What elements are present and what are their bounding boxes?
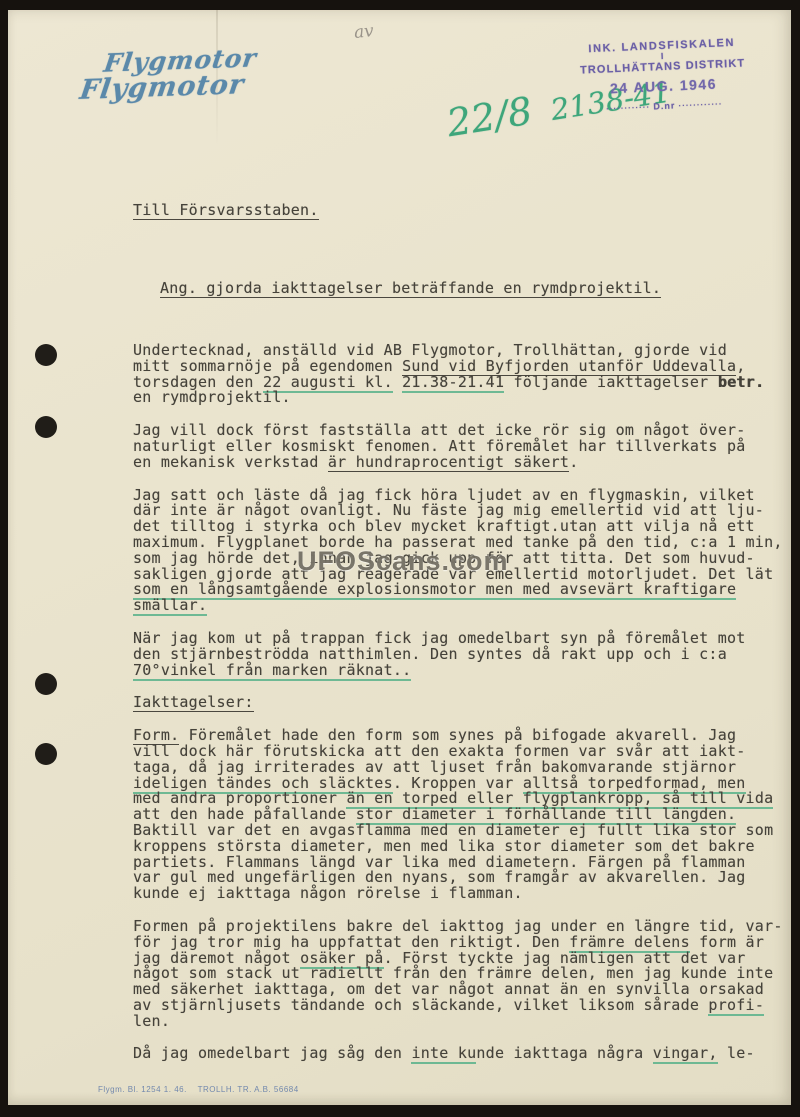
paragraph: Undertecknad, anställd vid AB Flygmotor,… (133, 343, 793, 406)
text-segment: inte ku (411, 1044, 476, 1064)
text-segment: le- (718, 1044, 755, 1062)
hole-punch (35, 743, 57, 765)
text-line: en rymdprojektil. (133, 390, 793, 406)
paragraph: När jag kom ut på trappan fick jag omede… (133, 631, 793, 678)
stamp-dnr-dots-left: ············ (606, 103, 650, 114)
text-segment: följande iakttagelser (504, 373, 717, 391)
flygmotor-logo-line2: Flygmotor (78, 69, 247, 106)
stamp-date: 24 AUG. 1946 (563, 74, 764, 99)
subject-heading: Ang. gjorda iakttagelser beträffande en … (160, 281, 661, 297)
text-segment (393, 373, 402, 391)
stamp-dnr-dots-right: ············ (678, 99, 722, 110)
text-segment: Då jag omedelbart jag såg den (133, 1044, 411, 1062)
text-line: en mekanisk verkstad är hundraprocentigt… (133, 455, 793, 471)
print-reference-footer: Flygm. Bl. 1254 1. 46. TROLLH. TR. A.B. … (98, 1085, 299, 1094)
paragraph: Form. Föremålet hade den form som synes … (133, 728, 793, 902)
paragraph: Formen på projektilens bakre del iakttog… (133, 919, 793, 1030)
text-segment: som en långsamtgående explosionsmotor me… (133, 580, 736, 600)
hole-punch (35, 416, 57, 438)
text-line: len. (133, 1014, 793, 1030)
scanned-document-page: Flygmotor Flygmotor av 22/8 2138-41 INK.… (0, 0, 800, 1117)
text-line: av stjärnljusets tändande och släckande,… (133, 998, 793, 1014)
text-segment: . (569, 453, 578, 471)
text-segment: är hundraprocentigt säkert (328, 453, 569, 472)
text-line: Då jag omedelbart jag såg den inte kunde… (133, 1046, 793, 1062)
text-segment: Iakttagelser: (133, 693, 254, 712)
text-segment: len. (133, 1012, 170, 1030)
text-line: Iakttagelser: (133, 695, 793, 711)
text-segment: profi- (708, 996, 764, 1016)
section-heading: Iakttagelser: (133, 695, 793, 711)
stamp-dnr-label: D.nr (653, 100, 675, 111)
text-line: kunde ej iakttaga någon rörelse i flamma… (133, 886, 793, 902)
hole-punch (35, 673, 57, 695)
hole-punch (35, 344, 57, 366)
text-segment: av stjärnljusets tändande och släckande,… (133, 996, 708, 1014)
text-segment: kunde ej iakttaga någon rörelse i flamma… (133, 884, 523, 902)
text-segment: en rymdprojektil. (133, 388, 291, 406)
text-segment: betr. (718, 373, 764, 391)
text-segment: nde iakttaga några (476, 1044, 652, 1062)
text-line: smällar. (133, 598, 793, 614)
text-line: 70°vinkel från marken räknat.. (133, 663, 793, 679)
pencil-annotation: av (353, 21, 375, 43)
text-segment: en mekanisk verkstad (133, 453, 328, 471)
text-segment: 70°vinkel från marken räknat.. (133, 661, 411, 681)
text-segment: 21.38-21.41 (402, 373, 504, 393)
text-segment: vingar, (653, 1044, 718, 1064)
paragraph: Jag vill dock först fastställa att det i… (133, 423, 793, 470)
paragraph: Då jag omedelbart jag såg den inte kunde… (133, 1046, 793, 1062)
text-line: som en långsamtgående explosionsmotor me… (133, 582, 793, 598)
receipt-stamp: INK. LANDSFISKALEN I TROLLHÄTTANS DISTRI… (562, 36, 765, 116)
letter-body: Undertecknad, anställd vid AB Flygmotor,… (133, 343, 793, 1079)
watermark-text: UFOScans.com (297, 546, 509, 577)
text-segment: smällar. (133, 596, 207, 616)
recipient-heading: Till Försvarsstaben. (133, 203, 319, 219)
